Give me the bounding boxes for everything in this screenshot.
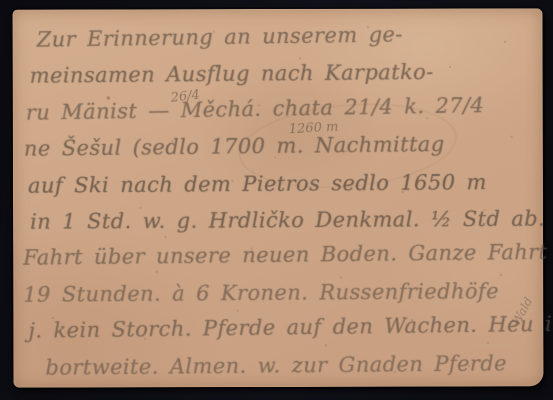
handwriting-line: auf Ski nach dem Pietros sedlo 1650 m [28, 163, 543, 203]
scan-background: Zur Erinnerung an unserem ge- meinsamen … [0, 0, 553, 400]
handwriting-line: Zur Erinnerung an unserem ge- [36, 14, 542, 58]
handwriting-line: ru Mänist — Měchá. chata 21/4 k. 27/4 [25, 86, 543, 131]
handwriting-line: Fahrt über unsere neuen Boden. Ganze Fah… [23, 234, 543, 276]
annotation-date-superscript: 26/4 [170, 88, 201, 106]
handwriting-line: j. kein Storch. Pferde auf den Wachen. H… [28, 306, 543, 349]
handwriting-block: Zur Erinnerung an unserem ge- meinsamen … [13, 20, 544, 387]
postcard: Zur Erinnerung an unserem ge- meinsamen … [13, 8, 544, 387]
annotation-altitude-note: 1260 m [288, 120, 338, 138]
handwriting-line: ne Šešul (sedlo 1700 m. Nachmittag [24, 125, 543, 167]
handwriting-line: bortweite. Almen. w. zur Gnaden Pferde [45, 344, 543, 385]
paper-texture [13, 10, 14, 11]
